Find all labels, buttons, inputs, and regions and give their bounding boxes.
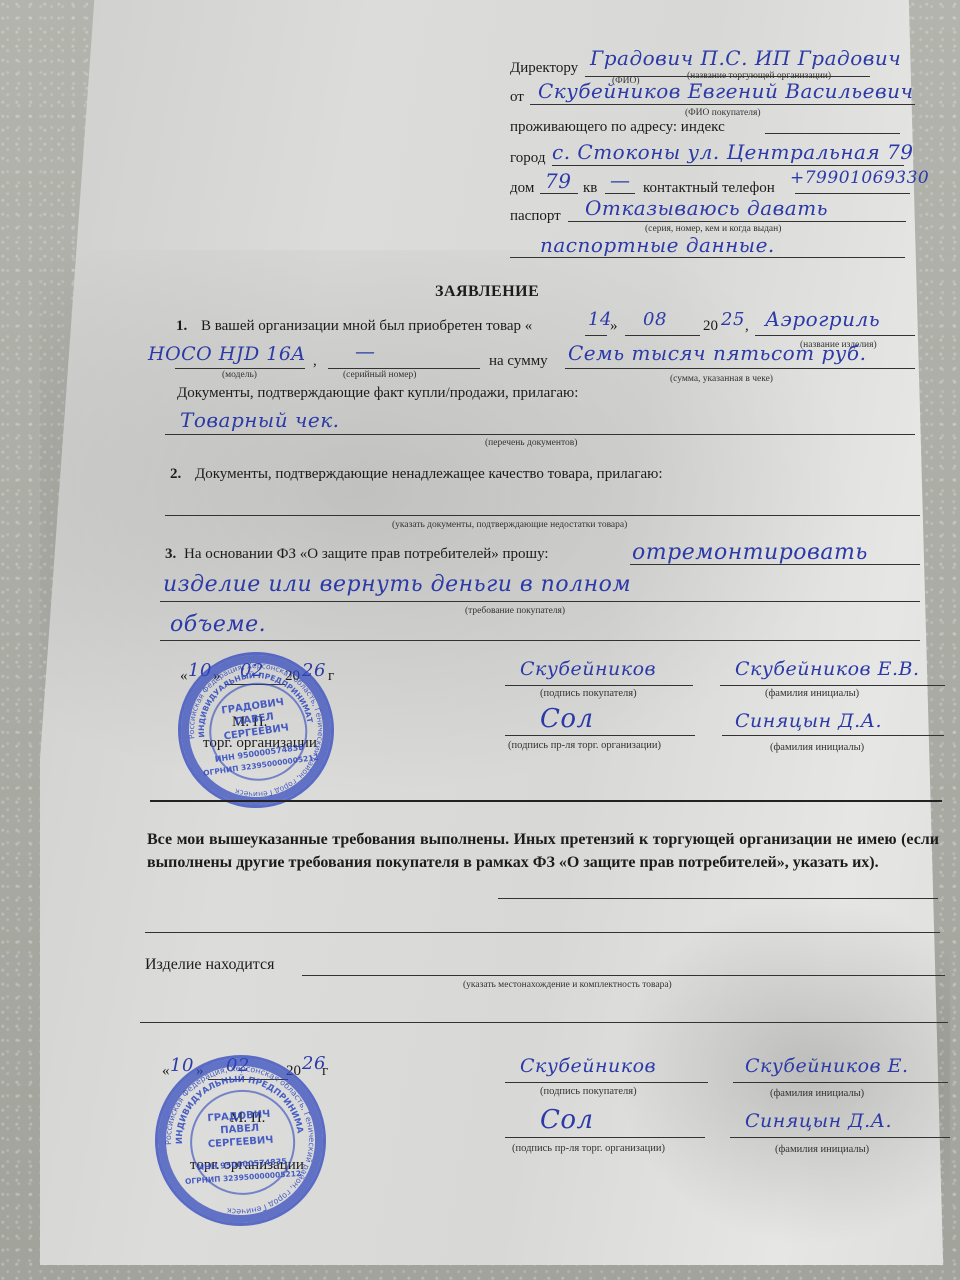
seller-name-line	[722, 735, 944, 736]
docs-line	[165, 434, 915, 435]
section-2-number: 2.	[170, 466, 181, 483]
house-label: дом	[510, 180, 534, 197]
apt-line	[605, 193, 635, 194]
sum-label: на сумму	[489, 353, 548, 370]
house-value: 79	[545, 169, 571, 193]
serial-line	[328, 368, 480, 369]
section-3-text: На основании ФЗ «О защите прав потребите…	[184, 546, 549, 563]
seller-signature-line	[505, 735, 695, 736]
seller-sig-hint: (подпись пр-ля торг. организации)	[508, 740, 661, 751]
apt-value: —	[610, 168, 631, 192]
sum-line	[565, 368, 915, 369]
phone-line	[795, 193, 910, 194]
sign-year-g: г	[328, 668, 334, 685]
city-value: с. Стоконы ул. Центральная 79	[552, 140, 914, 164]
purchase-day-line	[585, 335, 607, 336]
location-hint: (указать местонахождение и комплектность…	[463, 980, 672, 990]
docs-value: Товарный чек.	[180, 408, 340, 432]
purchase-day: 14	[588, 309, 612, 330]
section-2-text: Документы, подтверждающие ненадлежащее к…	[195, 466, 663, 483]
seller-signature: Сол	[540, 704, 594, 734]
section-1-text: В вашей организации мной был приобретен …	[201, 318, 532, 335]
product-line	[755, 335, 915, 336]
sum-hint: (сумма, указанная в чеке)	[670, 374, 773, 384]
location-line-2	[140, 1022, 948, 1023]
from-label: от	[510, 89, 524, 106]
passport-value-line2: паспортные данные.	[540, 233, 775, 257]
section-1-number: 1.	[176, 318, 187, 335]
index-line	[765, 133, 900, 134]
section-3-hint: (требование покупателя)	[465, 606, 565, 616]
separator-line	[150, 800, 942, 802]
city-line	[552, 165, 904, 166]
phone-value: +79901069330	[790, 168, 929, 188]
buyer-name: Скубейников Е.	[745, 1055, 909, 1077]
sign-year-g: г	[322, 1063, 328, 1080]
address-label: проживающего по адресу: индекс	[510, 119, 725, 136]
section-3-line-2	[160, 601, 920, 602]
docs-label: Документы, подтверждающие факт купли/про…	[177, 385, 578, 402]
serial-value: —	[355, 339, 376, 363]
document-title: ЗАЯВЛЕНИЕ	[435, 283, 539, 301]
seller-sig-hint: (подпись пр-ля торг. организации)	[512, 1143, 665, 1154]
serial-hint: (серийный номер)	[343, 370, 416, 380]
section-3-number: 3.	[165, 546, 176, 563]
seller-signature-line	[505, 1137, 705, 1138]
section-2-line	[165, 515, 920, 516]
model-line	[175, 368, 305, 369]
model-hint: (модель)	[222, 370, 257, 380]
product-name: Аэрогриль	[765, 307, 880, 331]
location-label: Изделие находится	[145, 956, 274, 974]
location-line	[302, 975, 945, 976]
model-value: HOCO HJD 16A	[148, 343, 306, 365]
buyer-sig-hint: (подпись покупателя)	[540, 688, 637, 699]
closing-line-1	[498, 898, 938, 899]
comma: ,	[745, 318, 749, 335]
closing-line-2	[145, 932, 940, 933]
purchase-month-line	[625, 335, 700, 336]
director-label: Директору	[510, 60, 578, 77]
phone-label: контактный телефон	[643, 180, 775, 197]
company-stamp: Российская Федерация, Херсонская область…	[149, 1049, 332, 1232]
section-3-value-line3: объеме.	[170, 612, 266, 637]
buyer-signature-line	[505, 685, 693, 686]
docs-hint: (перечень документов)	[485, 438, 577, 448]
director-value: Градович П.С. ИП Градович	[590, 46, 901, 70]
sum-value: Семь тысяч пятьсот руб.	[568, 341, 866, 365]
seller-name-hint: (фамилия инициалы)	[770, 742, 864, 753]
quote-close: »	[610, 318, 618, 335]
company-stamp: Российская Федерация, Херсонская область…	[168, 642, 344, 818]
buyer-signature: Скубейников	[520, 1055, 656, 1077]
year-prefix: 20	[703, 318, 718, 335]
seller-name: Синяцын Д.А.	[735, 710, 882, 732]
city-label: город	[510, 150, 545, 167]
section-3-line-3	[160, 640, 920, 641]
purchase-year-suffix: 25	[721, 309, 745, 330]
section-3-value-line2: изделие или вернуть деньги в полном	[163, 572, 631, 597]
buyer-name-hint: (фамилия инициалы)	[765, 688, 859, 699]
section-2-hint: (указать документы, подтверждающие недос…	[392, 520, 627, 530]
house-line	[540, 193, 578, 194]
passport-value-line1: Отказываюсь давать	[585, 196, 828, 220]
buyer-name-hint: (фамилия инициалы)	[770, 1088, 864, 1099]
buyer-name-line	[720, 685, 945, 686]
purchase-month: 08	[643, 309, 667, 330]
buyer-signature-line	[505, 1082, 708, 1083]
buyer-name: Скубейников Е.В.	[735, 658, 920, 680]
seller-signature: Сол	[540, 1105, 594, 1135]
passport-line-2	[510, 257, 905, 258]
from-hint: (ФИО покупателя)	[685, 108, 761, 118]
from-line	[530, 104, 915, 105]
section-3-value-line1: отремонтировать	[632, 540, 868, 565]
apt-label: кв	[583, 180, 597, 197]
seller-name-hint: (фамилия инициалы)	[775, 1144, 869, 1155]
buyer-sig-hint: (подпись покупателя)	[540, 1086, 637, 1097]
passport-label: паспорт	[510, 208, 561, 225]
buyer-name-line	[733, 1082, 948, 1083]
seller-name-line	[730, 1137, 950, 1138]
comma: ,	[313, 353, 317, 370]
closing-statement: Все мои вышеуказанные требования выполне…	[147, 828, 939, 874]
from-value: Скубейников Евгений Васильевич	[538, 79, 913, 103]
buyer-signature: Скубейников	[520, 658, 656, 680]
passport-line	[568, 221, 906, 222]
seller-name: Синяцын Д.А.	[745, 1110, 892, 1132]
